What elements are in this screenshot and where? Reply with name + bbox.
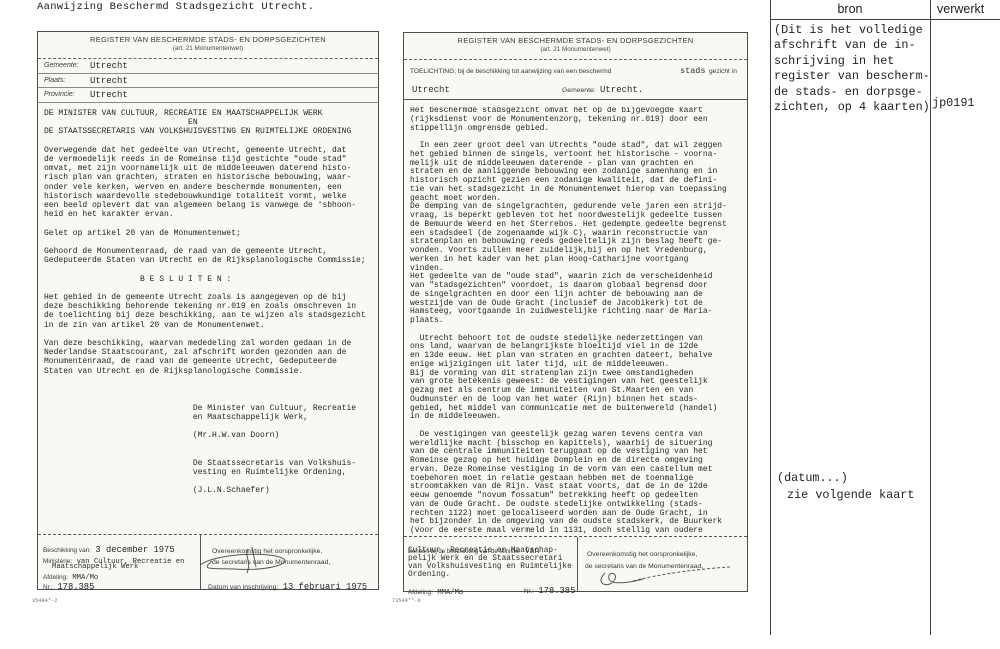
print-code-right: 73549**-6 <box>392 598 421 604</box>
footer-right-cell: Overeenkomstig het oorspronkelijke, de s… <box>200 535 378 589</box>
datum-label: Datum van inschrijving: <box>208 584 278 591</box>
gemeente-typed-value: Utrecht. <box>600 85 643 95</box>
footer-left-cell: Behoort bij de beschikking van de Minist… <box>404 537 578 591</box>
sidebar-header-bron: bron <box>770 2 930 16</box>
nr-label: Nr.: <box>43 584 53 591</box>
sidebar-verwerkt-value: jp0191 <box>932 96 974 110</box>
plaats-typed-value: Utrecht <box>412 85 450 95</box>
overeenkomstig-line-2: de secretaris van de Monumentenraad, <box>585 555 703 573</box>
register-subtitle: (art. 21 Monumentenwet) <box>404 46 747 53</box>
sidebar-zie-note: zie volgende kaart <box>787 488 914 502</box>
page-left-beschikking: REGISTER VAN BESCHERMDE STADS- EN DORPSG… <box>37 31 379 590</box>
afdeling-label: Afdeling: <box>408 589 433 596</box>
toelichting-row: TOELICHTING; bij de beschikking tot aanw… <box>404 60 747 81</box>
footer-left-cell: Beschikking van: 3 december 1975 Ministe… <box>38 535 201 589</box>
register-subtitle: (art. 21 Monumentenwet) <box>38 45 378 52</box>
overeenkomstig-text-2: de secretaris van de Monumentenraad, <box>212 559 330 566</box>
plaats-label: Plaats: <box>44 77 65 84</box>
sidebar-header-rule <box>770 19 1000 20</box>
nr-value: 178.385 <box>538 586 575 596</box>
gemeente-value: Utrecht <box>90 61 128 71</box>
decree-body-text: DE MINISTER VAN CULTUUR, RECREATIE EN MA… <box>44 109 376 496</box>
afdeling-value: MMA/Mo <box>437 589 463 597</box>
document-scan: Aanwijzing Beschermd Stadsgezicht Utrech… <box>0 0 1000 649</box>
sidebar-header-verwerkt: verwerkt <box>937 2 984 16</box>
plaats-value: Utrecht <box>90 76 128 86</box>
afdeling-line: Afdeling: MMA/Mo <box>408 581 463 599</box>
overeenkomstig-line-2: de secretaris van de Monumentenraad, <box>212 551 330 569</box>
register-title: REGISTER VAN BESCHERMDE STADS- EN DORPSG… <box>404 36 747 45</box>
footer-left-page: Beschikking van: 3 december 1975 Ministe… <box>38 534 378 589</box>
provincie-label: Provincie: <box>44 91 75 98</box>
field-row-gemeente: Gemeente: Utrecht <box>38 59 378 74</box>
toelichting-printed: TOELICHTING; bij de beschikking tot aanw… <box>410 68 611 75</box>
sidebar-bron-note: (Dit is het volledige afschrift van de i… <box>774 23 930 115</box>
gemeente-label: Gemeente: <box>44 62 79 69</box>
nr-label: Nr.: <box>524 588 534 595</box>
plaats-gemeente-row: Utrecht Gemeente: Utrecht. <box>404 81 747 100</box>
behoort-typed-lines: Cultuur, Recreatie en Maatschap- pelijk … <box>408 547 572 579</box>
sidebar-datum-note: (datum...) <box>777 471 848 485</box>
nr-line: Nr.: 178.385 <box>43 576 94 594</box>
register-header-left: REGISTER VAN BESCHERMDE STADS- EN DORPSG… <box>38 32 378 59</box>
footer-right-page: Behoort bij de beschikking van de Minist… <box>404 536 747 591</box>
field-row-provincie: Provincie: Utrecht <box>38 88 378 103</box>
field-row-plaats: Plaats: Utrecht <box>38 74 378 89</box>
sidebar-column-divider <box>930 0 931 635</box>
datum-line: Datum van inschrijving: 13 februari 1975 <box>208 576 367 594</box>
footer-right-cell: Overeenkomstig het oorspronkelijke, de s… <box>577 537 747 591</box>
toelichting-suffix: gezicht in <box>709 68 737 75</box>
overeenkomstig-text-2: de secretaris van de Monumentenraad, <box>585 563 703 570</box>
toelichting-body-text: Het beschermde stadsgezicht omvat het op… <box>410 107 745 536</box>
nr-line: Nr.: 178.385 <box>524 580 575 598</box>
print-code-left: 35484*-2 <box>32 598 58 604</box>
document-title: Aanwijzing Beschermd Stadsgezicht Utrech… <box>37 1 314 13</box>
nr-value: 178.385 <box>57 582 94 592</box>
page-right-toelichting: REGISTER VAN BESCHERMDE STADS- EN DORPSG… <box>403 32 748 592</box>
gemeente-label: Gemeente: <box>562 87 596 94</box>
provincie-value: Utrecht <box>90 90 128 100</box>
datum-value: 13 februari 1975 <box>283 582 367 592</box>
sidebar-left-border <box>770 0 771 635</box>
toelichting-typed: stads <box>680 66 706 76</box>
register-header-right: REGISTER VAN BESCHERMDE STADS- EN DORPSG… <box>404 33 747 60</box>
register-title: REGISTER VAN BESCHERMDE STADS- EN DORPSG… <box>38 35 378 44</box>
